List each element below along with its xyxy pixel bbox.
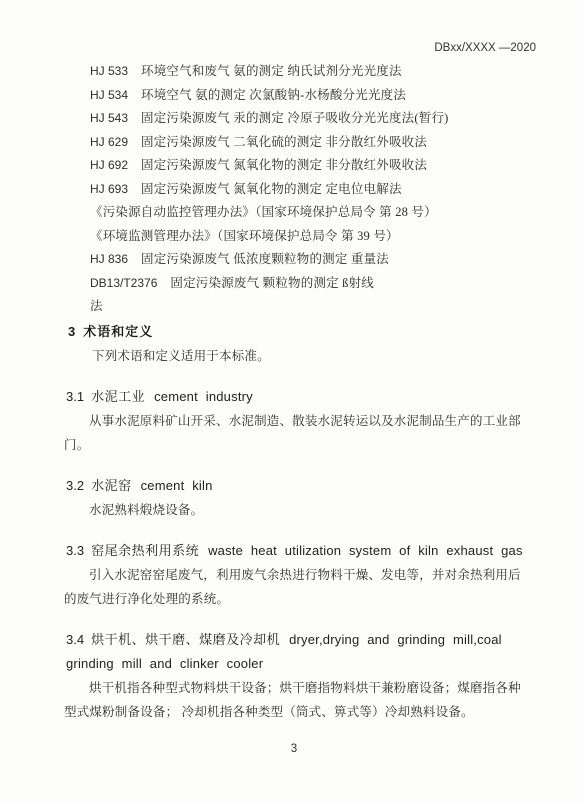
term-number: 3.4 — [66, 632, 84, 647]
section-number: 3 — [68, 324, 75, 339]
term-number: 3.2 — [66, 478, 84, 493]
section-heading-terms-and-definitions: 3术语和定义 — [64, 320, 524, 344]
term-name-en: waste heat utilization system of kiln ex… — [208, 543, 523, 558]
reference-code: HJ 533 — [90, 64, 128, 78]
reference-item: DB13/T2376固定污染源废气 颗粒物的测定 ß射线 — [90, 272, 524, 296]
term-name-zh: 烘干机、烘干磨、煤磨及冷却机 — [91, 632, 280, 647]
term-definition-3-2: 3.2水泥窑cement kiln 水泥熟料煅烧设备。 — [64, 474, 524, 522]
term-definition-3-1: 3.1水泥工业cement industry 从事水泥原料矿山开采、水泥制造、散… — [64, 385, 524, 457]
reference-title: 环境空气 氨的测定 次氯酸钠-水杨酸分光光度法 — [141, 88, 406, 102]
reference-code: HJ 543 — [90, 111, 128, 125]
reference-item: HJ 693固定污染源废气 氮氧化物的测定 定电位电解法 — [90, 178, 524, 202]
term-heading: 3.3窑尾余热利用系统waste heat utilization system… — [64, 539, 524, 563]
reference-title: 环境空气和废气 氨的测定 纳氏试剂分光光度法 — [141, 64, 402, 78]
reference-code: HJ 534 — [90, 88, 128, 102]
section-title: 术语和定义 — [83, 324, 153, 339]
reference-title: 《污染源自动监控管理办法》（国家环境保护总局令 第 28 号） — [90, 205, 437, 219]
term-number: 3.1 — [66, 389, 84, 404]
reference-code: DB13/T2376 — [90, 276, 157, 290]
term-name-zh: 水泥窑 — [91, 478, 132, 493]
term-heading: 3.1水泥工业cement industry — [64, 385, 524, 409]
term-number: 3.3 — [66, 543, 84, 558]
reference-code: HJ 693 — [90, 182, 128, 196]
reference-item: 《污染源自动监控管理办法》（国家环境保护总局令 第 28 号） — [90, 201, 524, 225]
reference-item: HJ 534环境空气 氨的测定 次氯酸钠-水杨酸分光光度法 — [90, 84, 524, 108]
reference-item: HJ 629固定污染源废气 二氧化硫的测定 非分散红外吸收法 — [90, 131, 524, 155]
term-definition-text: 从事水泥原料矿山开采、水泥制造、散装水泥转运以及水泥制品生产的工业部门。 — [64, 409, 524, 457]
document-header-code: DBxx/XXXX —2020 — [64, 36, 536, 60]
term-name-zh: 窑尾余热利用系统 — [91, 543, 199, 558]
reference-item: 《环境监测管理办法》（国家环境保护总局令 第 39 号） — [90, 225, 524, 249]
reference-title: 法 — [90, 299, 103, 313]
term-name-en: cement industry — [154, 389, 253, 404]
reference-item-continuation: 法 — [90, 295, 524, 319]
reference-title: 固定污染源废气 二氧化硫的测定 非分散红外吸收法 — [141, 135, 427, 149]
page-number: 3 — [64, 737, 524, 761]
term-definition-text: 烘干机指各种型式物料烘干设备；烘干磨指物料烘干兼粉磨设备；煤磨指各种型式煤粉制备… — [64, 676, 524, 724]
reference-code: HJ 836 — [90, 252, 128, 266]
reference-item: HJ 543固定污染源废气 汞的测定 冷原子吸收分光光度法(暂行) — [90, 107, 524, 131]
term-definition-text: 引入水泥窑窑尾废气，利用废气余热进行物料干燥、发电等，并对余热利用后的废气进行净… — [64, 563, 524, 611]
document-page: DBxx/XXXX —2020 HJ 533环境空气和废气 氨的测定 纳氏试剂分… — [0, 0, 584, 803]
reference-item: HJ 692固定污染源废气 氮氧化物的测定 非分散红外吸收法 — [90, 154, 524, 178]
term-definition-text: 水泥熟料煅烧设备。 — [64, 498, 524, 522]
reference-item: HJ 836固定污染源废气 低浓度颗粒物的测定 重量法 — [90, 248, 524, 272]
term-definition-3-4: 3.4烘干机、烘干磨、煤磨及冷却机dryer,drying and grindi… — [64, 628, 524, 724]
terms-intro-text: 下列术语和定义适用于本标准。 — [64, 344, 524, 368]
reference-item: HJ 533环境空气和废气 氨的测定 纳氏试剂分光光度法 — [90, 60, 524, 84]
term-heading: 3.2水泥窑cement kiln — [64, 474, 524, 498]
normative-references-list: HJ 533环境空气和废气 氨的测定 纳氏试剂分光光度法 HJ 534环境空气 … — [64, 60, 524, 319]
reference-code: HJ 629 — [90, 135, 128, 149]
term-name-en: cement kiln — [141, 478, 213, 493]
reference-title: 《环境监测管理办法》（国家环境保护总局令 第 39 号） — [90, 229, 399, 243]
reference-title: 固定污染源废气 低浓度颗粒物的测定 重量法 — [141, 252, 389, 266]
reference-code: HJ 692 — [90, 158, 128, 172]
reference-title: 固定污染源废气 氮氧化物的测定 非分散红外吸收法 — [141, 158, 427, 172]
reference-title: 固定污染源废气 颗粒物的测定 ß射线 — [170, 276, 374, 290]
term-definition-3-3: 3.3窑尾余热利用系统waste heat utilization system… — [64, 539, 524, 611]
reference-title: 固定污染源废气 氮氧化物的测定 定电位电解法 — [141, 182, 402, 196]
reference-title: 固定污染源废气 汞的测定 冷原子吸收分光光度法(暂行) — [141, 111, 448, 125]
term-name-zh: 水泥工业 — [91, 389, 145, 404]
term-heading: 3.4烘干机、烘干磨、煤磨及冷却机dryer,drying and grindi… — [64, 628, 524, 676]
